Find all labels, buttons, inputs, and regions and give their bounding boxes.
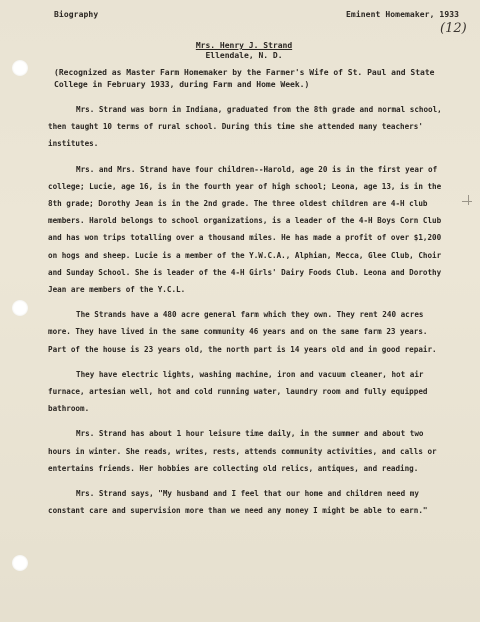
recognition-note: (Recognized as Master Farm Homemaker by … xyxy=(54,67,444,90)
punch-hole xyxy=(12,300,28,316)
biography-body: Mrs. Strand was born in Indiana, graduat… xyxy=(48,101,442,527)
subject-location: Ellendale, N. D. xyxy=(8,51,480,60)
margin-mark xyxy=(468,195,469,205)
header-category: Biography xyxy=(54,10,98,19)
title-block: Mrs. Henry J. Strand Ellendale, N. D. xyxy=(0,41,480,60)
paragraph-education: Mrs. Strand was born in Indiana, graduat… xyxy=(48,101,442,153)
subject-name: Mrs. Henry J. Strand xyxy=(8,41,480,50)
paragraph-leisure: Mrs. Strand has about 1 hour leisure tim… xyxy=(48,425,442,477)
paragraph-conveniences: They have electric lights, washing machi… xyxy=(48,366,442,418)
margin-mark xyxy=(462,201,472,202)
paragraph-farm: The Strands have a 480 acre general farm… xyxy=(48,306,442,358)
punch-hole xyxy=(12,60,28,76)
paragraph-children: Mrs. and Mrs. Strand have four children-… xyxy=(48,161,442,299)
document-page: Biography Eminent Homemaker, 1933 (12) M… xyxy=(0,0,480,622)
punch-hole xyxy=(12,555,28,571)
paragraph-quote: Mrs. Strand says, "My husband and I feel… xyxy=(48,485,442,519)
header-series: Eminent Homemaker, 1933 xyxy=(346,10,459,19)
handwritten-page-number: (12) xyxy=(440,21,467,36)
